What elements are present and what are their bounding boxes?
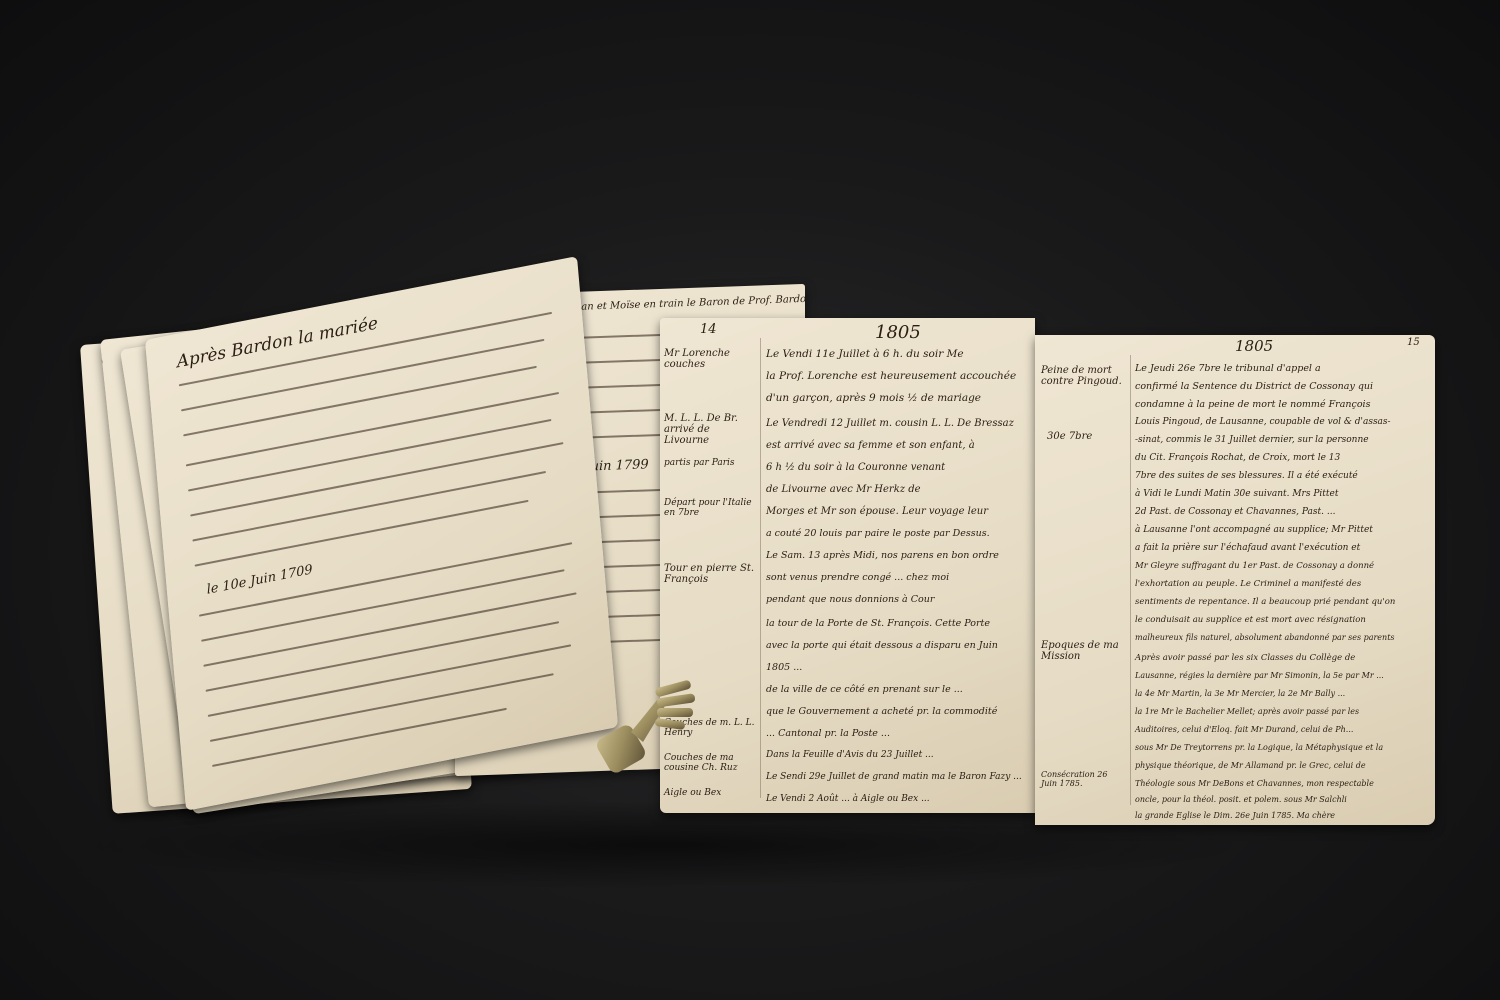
entry-line: Le Vendredi 12 Juillet m. cousin L. L. D… bbox=[766, 418, 1014, 429]
margin-note: 30e 7bre bbox=[1047, 431, 1092, 442]
entry-line: Le Sendi 29e Juillet de grand matin ma l… bbox=[766, 772, 1022, 782]
entry-line: est arrivé avec sa femme et son enfant, … bbox=[766, 440, 975, 451]
entry-line: avec la porte qui était dessous a dispar… bbox=[766, 640, 998, 651]
year-heading-right: 1805 bbox=[1235, 337, 1273, 355]
left-notebook-front-page: Après Bardon la mariée le 10e Juin 1709 bbox=[145, 256, 618, 811]
front-page-year-note: le 10e Juin 1709 bbox=[206, 562, 313, 598]
entry-line: que le Gouvernement a acheté pr. la comm… bbox=[766, 706, 997, 717]
entry-line: d'un garçon, après 9 mois ½ de mariage bbox=[766, 392, 981, 404]
entry-line: Auditoires, celui d'Eloq. fait Mr Durand… bbox=[1135, 725, 1353, 734]
entry-line: pendant que nous donnions à Cour bbox=[766, 594, 934, 605]
entry-line: de Livourne avec Mr Herkz de bbox=[766, 484, 921, 495]
entry-line: a fait la prière sur l'échafaud avant l'… bbox=[1135, 543, 1360, 553]
margin-note: Consécration 26 Juin 1785. bbox=[1041, 770, 1126, 788]
margin-note: Mr Lorenche couches bbox=[664, 348, 756, 370]
margin-note: Aigle ou Bex bbox=[664, 788, 756, 798]
entry-line: a couté 20 louis par paire le poste par … bbox=[766, 528, 990, 539]
entry-line: -sinat, commis le 31 Juillet dernier, su… bbox=[1135, 435, 1369, 445]
brass-hand-clip-icon bbox=[595, 670, 715, 780]
entry-line: sentiments de repentance. Il a beaucoup … bbox=[1135, 597, 1395, 607]
entry-line: la tour de la Porte de St. François. Cet… bbox=[766, 618, 990, 629]
year-heading-left: 1805 bbox=[875, 322, 921, 343]
margin-note: Epoques de ma Mission bbox=[1041, 640, 1126, 662]
entry-line: à Vidi le Lundi Matin 30e suivant. Mrs P… bbox=[1135, 489, 1338, 499]
margin-note: Tour en pierre St. François bbox=[664, 563, 756, 585]
entry-line: Après avoir passé par les six Classes du… bbox=[1135, 653, 1355, 663]
entry-line: 1805 ... bbox=[766, 662, 802, 673]
entry-line: malheureux fils naturel, absolument aban… bbox=[1135, 633, 1395, 642]
entry-line: la 1re Mr le Bachelier Mellet; après avo… bbox=[1135, 707, 1359, 716]
entry-line: 2d Past. de Cossonay et Chavannes, Past.… bbox=[1135, 507, 1335, 517]
entry-line: la Prof. Lorenche est heureusement accou… bbox=[766, 370, 1016, 382]
entry-line: confirmé la Sentence du District de Coss… bbox=[1135, 381, 1373, 392]
right-notebook-left-page: 14 1805 Mr Lorenche couches M. L. L. De … bbox=[660, 318, 1035, 813]
entry-line: Morges et Mr son épouse. Leur voyage leu… bbox=[766, 506, 988, 517]
entry-line: Le Sam. 13 après Midi, nos parens en bon… bbox=[766, 550, 999, 561]
entry-line: sont venus prendre congé ... chez moi bbox=[766, 572, 949, 583]
entry-line: le conduisait au supplice et est mort av… bbox=[1135, 615, 1366, 625]
entry-line: l'exhortation au peuple. Le Criminel a m… bbox=[1135, 579, 1361, 589]
margin-note: Départ pour l'Italie en 7bre bbox=[664, 498, 756, 518]
entry-line: 6 h ½ du soir à la Couronne venant bbox=[766, 462, 945, 473]
entry-line: oncle, pour la théol. posit. et polem. s… bbox=[1135, 795, 1347, 804]
entry-line: de la ville de ce côté en prenant sur le… bbox=[766, 684, 963, 695]
photo-scene: Ch. administration de Lausanne Du Mardi … bbox=[0, 0, 1500, 1000]
entry-line: la 4e Mr Martin, la 3e Mr Mercier, la 2e… bbox=[1135, 689, 1345, 698]
margin-note: M. L. L. De Br. arrivé de Livourne bbox=[664, 413, 756, 446]
entry-line: sous Mr De Treytorrens pr. la Logique, l… bbox=[1135, 743, 1383, 752]
entry-line: Dans la Feuille d'Avis du 23 Juillet ... bbox=[766, 750, 934, 760]
entry-line: condamne à la peine de mort le nommé Fra… bbox=[1135, 399, 1370, 410]
entry-line: Théologie sous Mr DeBons et Chavannes, m… bbox=[1135, 779, 1374, 788]
entry-line: à Lausanne l'ont accompagné au supplice;… bbox=[1135, 525, 1373, 535]
margin-note: partis par Paris bbox=[664, 458, 756, 468]
entry-line: Le Vendi 2 Août ... à Aigle ou Bex ... bbox=[766, 794, 930, 804]
page-number-left: 14 bbox=[700, 322, 717, 337]
entry-line: ... Cantonal pr. la Poste ... bbox=[766, 728, 890, 739]
entry-line: Le Jeudi 26e 7bre le tribunal d'appel a bbox=[1135, 363, 1321, 374]
entry-line: Louis Pingoud, de Lausanne, coupable de … bbox=[1135, 417, 1391, 427]
entry-line: physique théorique, de Mr Allamand pr. l… bbox=[1135, 761, 1366, 770]
right-notebook-right-page: 1805 15 Peine de mort contre Pingoud. 30… bbox=[1035, 335, 1435, 825]
entry-line: 7bre des suites de ses blessures. Il a é… bbox=[1135, 471, 1358, 481]
entry-line: Mr Gleyre suffragant du 1er Past. de Cos… bbox=[1135, 561, 1374, 571]
margin-note: Peine de mort contre Pingoud. bbox=[1041, 365, 1126, 387]
entry-line: la grande Eglise le Dim. 26e Juin 1785. … bbox=[1135, 811, 1335, 820]
entry-line: Lausanne, régies la dernière par Mr Simo… bbox=[1135, 671, 1384, 680]
front-page-opening: Après Bardon la mariée bbox=[176, 313, 379, 372]
entry-line: du Cit. François Rochat, de Croix, mort … bbox=[1135, 453, 1340, 463]
entry-line: Le Vendi 11e Juillet à 6 h. du soir Me bbox=[766, 348, 964, 360]
page-number-right: 15 bbox=[1407, 337, 1420, 348]
